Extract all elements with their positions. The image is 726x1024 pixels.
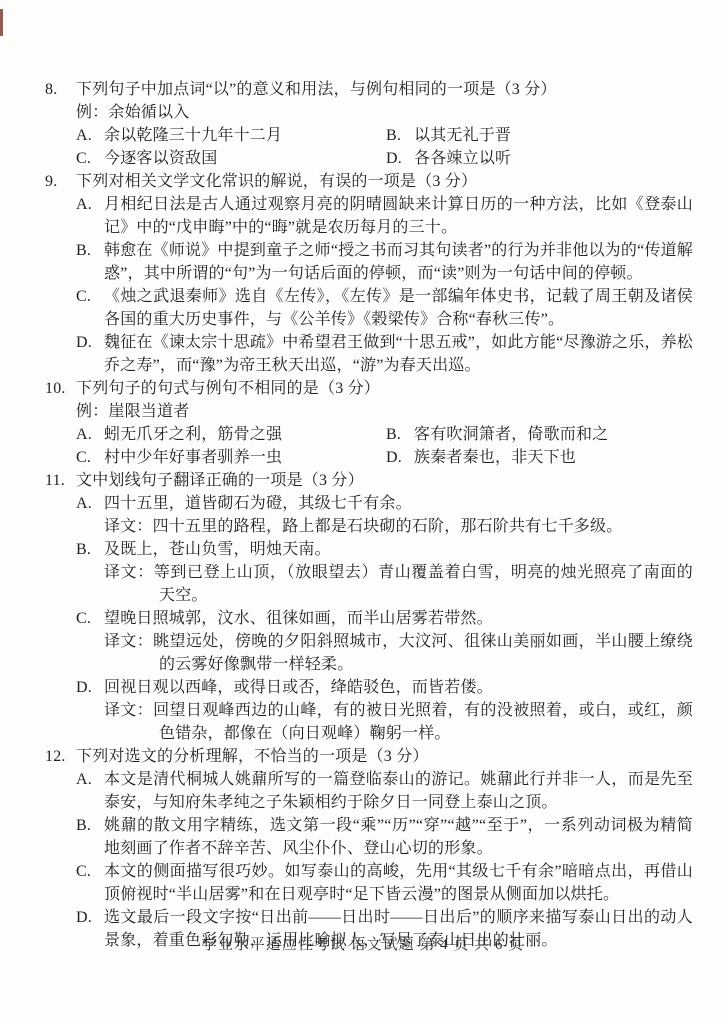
scan-edge-artifact xyxy=(0,9,3,36)
option-b: B. 姚鼐的散文用字精练，选文第一段“乘”“历”“穿”“越”“至于”，一系列动词… xyxy=(76,814,693,860)
question-number: 12. xyxy=(45,745,76,768)
option-label: D. xyxy=(386,446,414,469)
emphasized-char: 以 xyxy=(414,127,430,144)
option-c: C. 本文的侧面描写很巧妙。如写泰山的高峻，先用“其级七千有余”暗暗点出，再借山… xyxy=(76,860,693,906)
emphasized-char: 以 xyxy=(479,150,495,167)
option-text: 今逐客以资敌国 xyxy=(104,147,386,170)
question-number: 10. xyxy=(45,377,76,400)
option-post: 资敌国 xyxy=(169,150,218,167)
question-10-stem-row: 10. 下列句子的句式与例句不相同的是（3 分） xyxy=(45,377,693,400)
option-body: 四十五里，道皆砌石为磴，其级七千有余。 译文：四十五里的路程，路上都是石块砌的石… xyxy=(104,492,693,538)
question-stem: 下列句子中加点词“以”的意义和用法，与例句相同的一项是（3 分） xyxy=(76,78,693,101)
option-label: D. xyxy=(76,331,104,377)
option-text: 各各竦立以听 xyxy=(414,147,693,170)
question-9: 9. 下列对相关文学文化常识的解说，有误的一项是（3 分） A. 月相纪日法是古… xyxy=(45,170,693,377)
option-body: 及既上，苍山负雪，明烛天南。 译文：等到已登上山顶，（放眼望去）青山覆盖着白雪，… xyxy=(104,538,693,607)
option-label: B. xyxy=(386,423,414,446)
page-footer: 学业水平适应性考试 语文试题 第 4 页 共 6 页 xyxy=(0,933,726,954)
translation-text: 译文：等到已登上山顶，（放眼望去）青山覆盖着白雪，明亮的烛光照亮了南面的天空。 xyxy=(104,561,693,607)
options-grid: A. 余以乾隆三十九年十二月 B. 以其无礼于晋 C. 今逐客以资敌国 D. 各… xyxy=(76,124,693,170)
option-pre: 今逐客 xyxy=(104,150,153,167)
option-d: D. 魏征在《谏太宗十思疏》中希望君王做到“十思五戒”，如此方能“尽豫游之乐，养… xyxy=(76,331,693,377)
option-d: D. 各各竦立以听 xyxy=(386,147,693,170)
option-d: D. 回视日观以西峰，或得日或否，绛皓驳色，而皆若偻。 译文：回望日观峰西边的山… xyxy=(76,676,693,745)
option-label: B. xyxy=(76,538,104,607)
translation-text: 译文：眺望远处，傍晚的夕阳斜照城市，大汶河、徂徕山美丽如画，半山腰上缭绕的云雾好… xyxy=(104,630,693,676)
question-11: 11. 文中划线句子翻译正确的一项是（3 分） A. 四十五里，道皆砌石为磴，其… xyxy=(45,469,693,745)
example-pre: 例：余始循 xyxy=(76,104,157,121)
question-stem: 文中划线句子翻译正确的一项是（3 分） xyxy=(76,469,693,492)
option-text: 族秦者秦也，非天下也 xyxy=(414,446,693,469)
option-a: A. 四十五里，道皆砌石为磴，其级七千有余。 译文：四十五里的路程，路上都是石块… xyxy=(76,492,693,538)
source-sentence: 及既上，苍山负雪，明烛天南。 xyxy=(104,538,693,561)
question-stem: 下列句子的句式与例句不相同的是（3 分） xyxy=(76,377,693,400)
option-label: D. xyxy=(76,676,104,745)
emphasized-char: 以 xyxy=(157,104,173,121)
option-post: 其无礼于晋 xyxy=(430,127,511,144)
option-a: A. 月相纪日法是古人通过观察月亮的阴晴圆缺来计算日历的一种方法，比如《登泰山记… xyxy=(76,193,693,239)
example-line: 例：余始循以入 xyxy=(76,101,693,124)
option-a: A. 本文是清代桐城人姚鼐所写的一篇登临泰山的游记。姚鼐此行并非一人，而是先至泰… xyxy=(76,768,693,814)
option-label: A. xyxy=(76,768,104,814)
option-pre: 余 xyxy=(104,127,120,144)
option-body: 望晚日照城郭，汶水、徂徕如画，而半山居雾若带然。 译文：眺望远处，傍晚的夕阳斜照… xyxy=(104,607,693,676)
option-label: A. xyxy=(76,492,104,538)
option-text: 以其无礼于晋 xyxy=(414,124,693,147)
source-sentence: 四十五里，道皆砌石为磴，其级七千有余。 xyxy=(104,492,693,515)
options-grid: A. 蚓无爪牙之利，筋骨之强 B. 客有吹洞箫者，倚歌而和之 C. 村中少年好事… xyxy=(76,423,693,469)
option-b: B. 客有吹洞箫者，倚歌而和之 xyxy=(386,423,693,446)
option-text: 本文的侧面描写很巧妙。如写泰山的高峻，先用“其级七千有余”暗暗点出，再借山顶俯视… xyxy=(104,860,693,906)
example-line: 例：崖限当道者 xyxy=(76,400,693,423)
question-number: 9. xyxy=(45,170,76,193)
question-stem: 下列对选文的分析理解，不恰当的一项是（3 分） xyxy=(76,745,693,768)
option-label: B. xyxy=(76,814,104,860)
option-d: D. 族秦者秦也，非天下也 xyxy=(386,446,693,469)
option-label: C. xyxy=(76,285,104,331)
option-c: C. 村中少年好事者驯养一虫 xyxy=(76,446,386,469)
exam-content: 8. 下列句子中加点词“以”的意义和用法，与例句相同的一项是（3 分） 例：余始… xyxy=(45,78,693,952)
option-label: C. xyxy=(76,860,104,906)
option-text: 韩愈在《师说》中提到童子之师“授之书而习其句读者”的行为并非他以为的“传道解惑”… xyxy=(104,239,693,285)
translation-text: 译文：回望日观峰西边的山峰，有的被日光照着，有的没被照着，或白，或红，颜色错杂，… xyxy=(104,699,693,745)
question-12: 12. 下列对选文的分析理解，不恰当的一项是（3 分） A. 本文是清代桐城人姚… xyxy=(45,745,693,952)
question-number: 11. xyxy=(45,469,76,492)
option-b: B. 以其无礼于晋 xyxy=(386,124,693,147)
option-text: 村中少年好事者驯养一虫 xyxy=(104,446,386,469)
option-pre: 各各竦立 xyxy=(414,150,479,167)
question-9-stem-row: 9. 下列对相关文学文化常识的解说，有误的一项是（3 分） xyxy=(45,170,693,193)
emphasized-char: 以 xyxy=(153,150,169,167)
option-a: A. 余以乾隆三十九年十二月 xyxy=(76,124,386,147)
option-label: C. xyxy=(76,446,104,469)
exam-paper-page: { "footer": "学业水平适应性考试 语文试题 第 4 页 共 6 页"… xyxy=(0,0,726,1024)
question-8-stem-row: 8. 下列句子中加点词“以”的意义和用法，与例句相同的一项是（3 分） xyxy=(45,78,693,101)
option-a: A. 蚓无爪牙之利，筋骨之强 xyxy=(76,423,386,446)
question-stem: 下列对相关文学文化常识的解说，有误的一项是（3 分） xyxy=(76,170,693,193)
option-b: B. 韩愈在《师说》中提到童子之师“授之书而习其句读者”的行为并非他以为的“传道… xyxy=(76,239,693,285)
option-body: 回视日观以西峰，或得日或否，绛皓驳色，而皆若偻。 译文：回望日观峰西边的山峰，有… xyxy=(104,676,693,745)
option-text: 月相纪日法是古人通过观察月亮的阴晴圆缺来计算日历的一种方法，比如《登泰山记》中的… xyxy=(104,193,693,239)
option-text: 姚鼐的散文用字精练，选文第一段“乘”“历”“穿”“越”“至于”，一系列动词极为精… xyxy=(104,814,693,860)
option-c: C. 今逐客以资敌国 xyxy=(76,147,386,170)
option-text: 《烛之武退秦师》选自《左传》，《左传》是一部编年体史书，记载了周王朝及诸侯各国的… xyxy=(104,285,693,331)
option-text: 蚓无爪牙之利，筋骨之强 xyxy=(104,423,386,446)
question-number: 8. xyxy=(45,78,76,101)
option-text: 余以乾隆三十九年十二月 xyxy=(104,124,386,147)
option-label: B. xyxy=(386,124,414,147)
option-label: B. xyxy=(76,239,104,285)
question-8: 8. 下列句子中加点词“以”的意义和用法，与例句相同的一项是（3 分） 例：余始… xyxy=(45,78,693,170)
option-b: B. 及既上，苍山负雪，明烛天南。 译文：等到已登上山顶，（放眼望去）青山覆盖着… xyxy=(76,538,693,607)
source-sentence: 望晚日照城郭，汶水、徂徕如画，而半山居雾若带然。 xyxy=(104,607,693,630)
source-sentence: 回视日观以西峰，或得日或否，绛皓驳色，而皆若偻。 xyxy=(104,676,693,699)
option-post: 乾隆三十九年十二月 xyxy=(136,127,282,144)
option-c: C. 《烛之武退秦师》选自《左传》，《左传》是一部编年体史书，记载了周王朝及诸侯… xyxy=(76,285,693,331)
option-label: A. xyxy=(76,124,104,147)
question-12-stem-row: 12. 下列对选文的分析理解，不恰当的一项是（3 分） xyxy=(45,745,693,768)
option-label: D. xyxy=(386,147,414,170)
option-label: A. xyxy=(76,193,104,239)
option-text: 本文是清代桐城人姚鼐所写的一篇登临泰山的游记。姚鼐此行并非一人，而是先至泰安，与… xyxy=(104,768,693,814)
translation-text: 译文：四十五里的路程，路上都是石块砌的石阶，那石阶共有七千多级。 xyxy=(104,515,693,538)
emphasized-char: 以 xyxy=(120,127,136,144)
option-text: 客有吹洞箫者，倚歌而和之 xyxy=(414,423,693,446)
option-post: 听 xyxy=(495,150,511,167)
question-11-stem-row: 11. 文中划线句子翻译正确的一项是（3 分） xyxy=(45,469,693,492)
question-10: 10. 下列句子的句式与例句不相同的是（3 分） 例：崖限当道者 A. 蚓无爪牙… xyxy=(45,377,693,469)
option-c: C. 望晚日照城郭，汶水、徂徕如画，而半山居雾若带然。 译文：眺望远处，傍晚的夕… xyxy=(76,607,693,676)
option-label: C. xyxy=(76,607,104,676)
option-label: C. xyxy=(76,147,104,170)
option-text: 魏征在《谏太宗十思疏》中希望君王做到“十思五戒”，如此方能“尽豫游之乐，养松乔之… xyxy=(104,331,693,377)
option-label: A. xyxy=(76,423,104,446)
example-post: 入 xyxy=(173,104,189,121)
